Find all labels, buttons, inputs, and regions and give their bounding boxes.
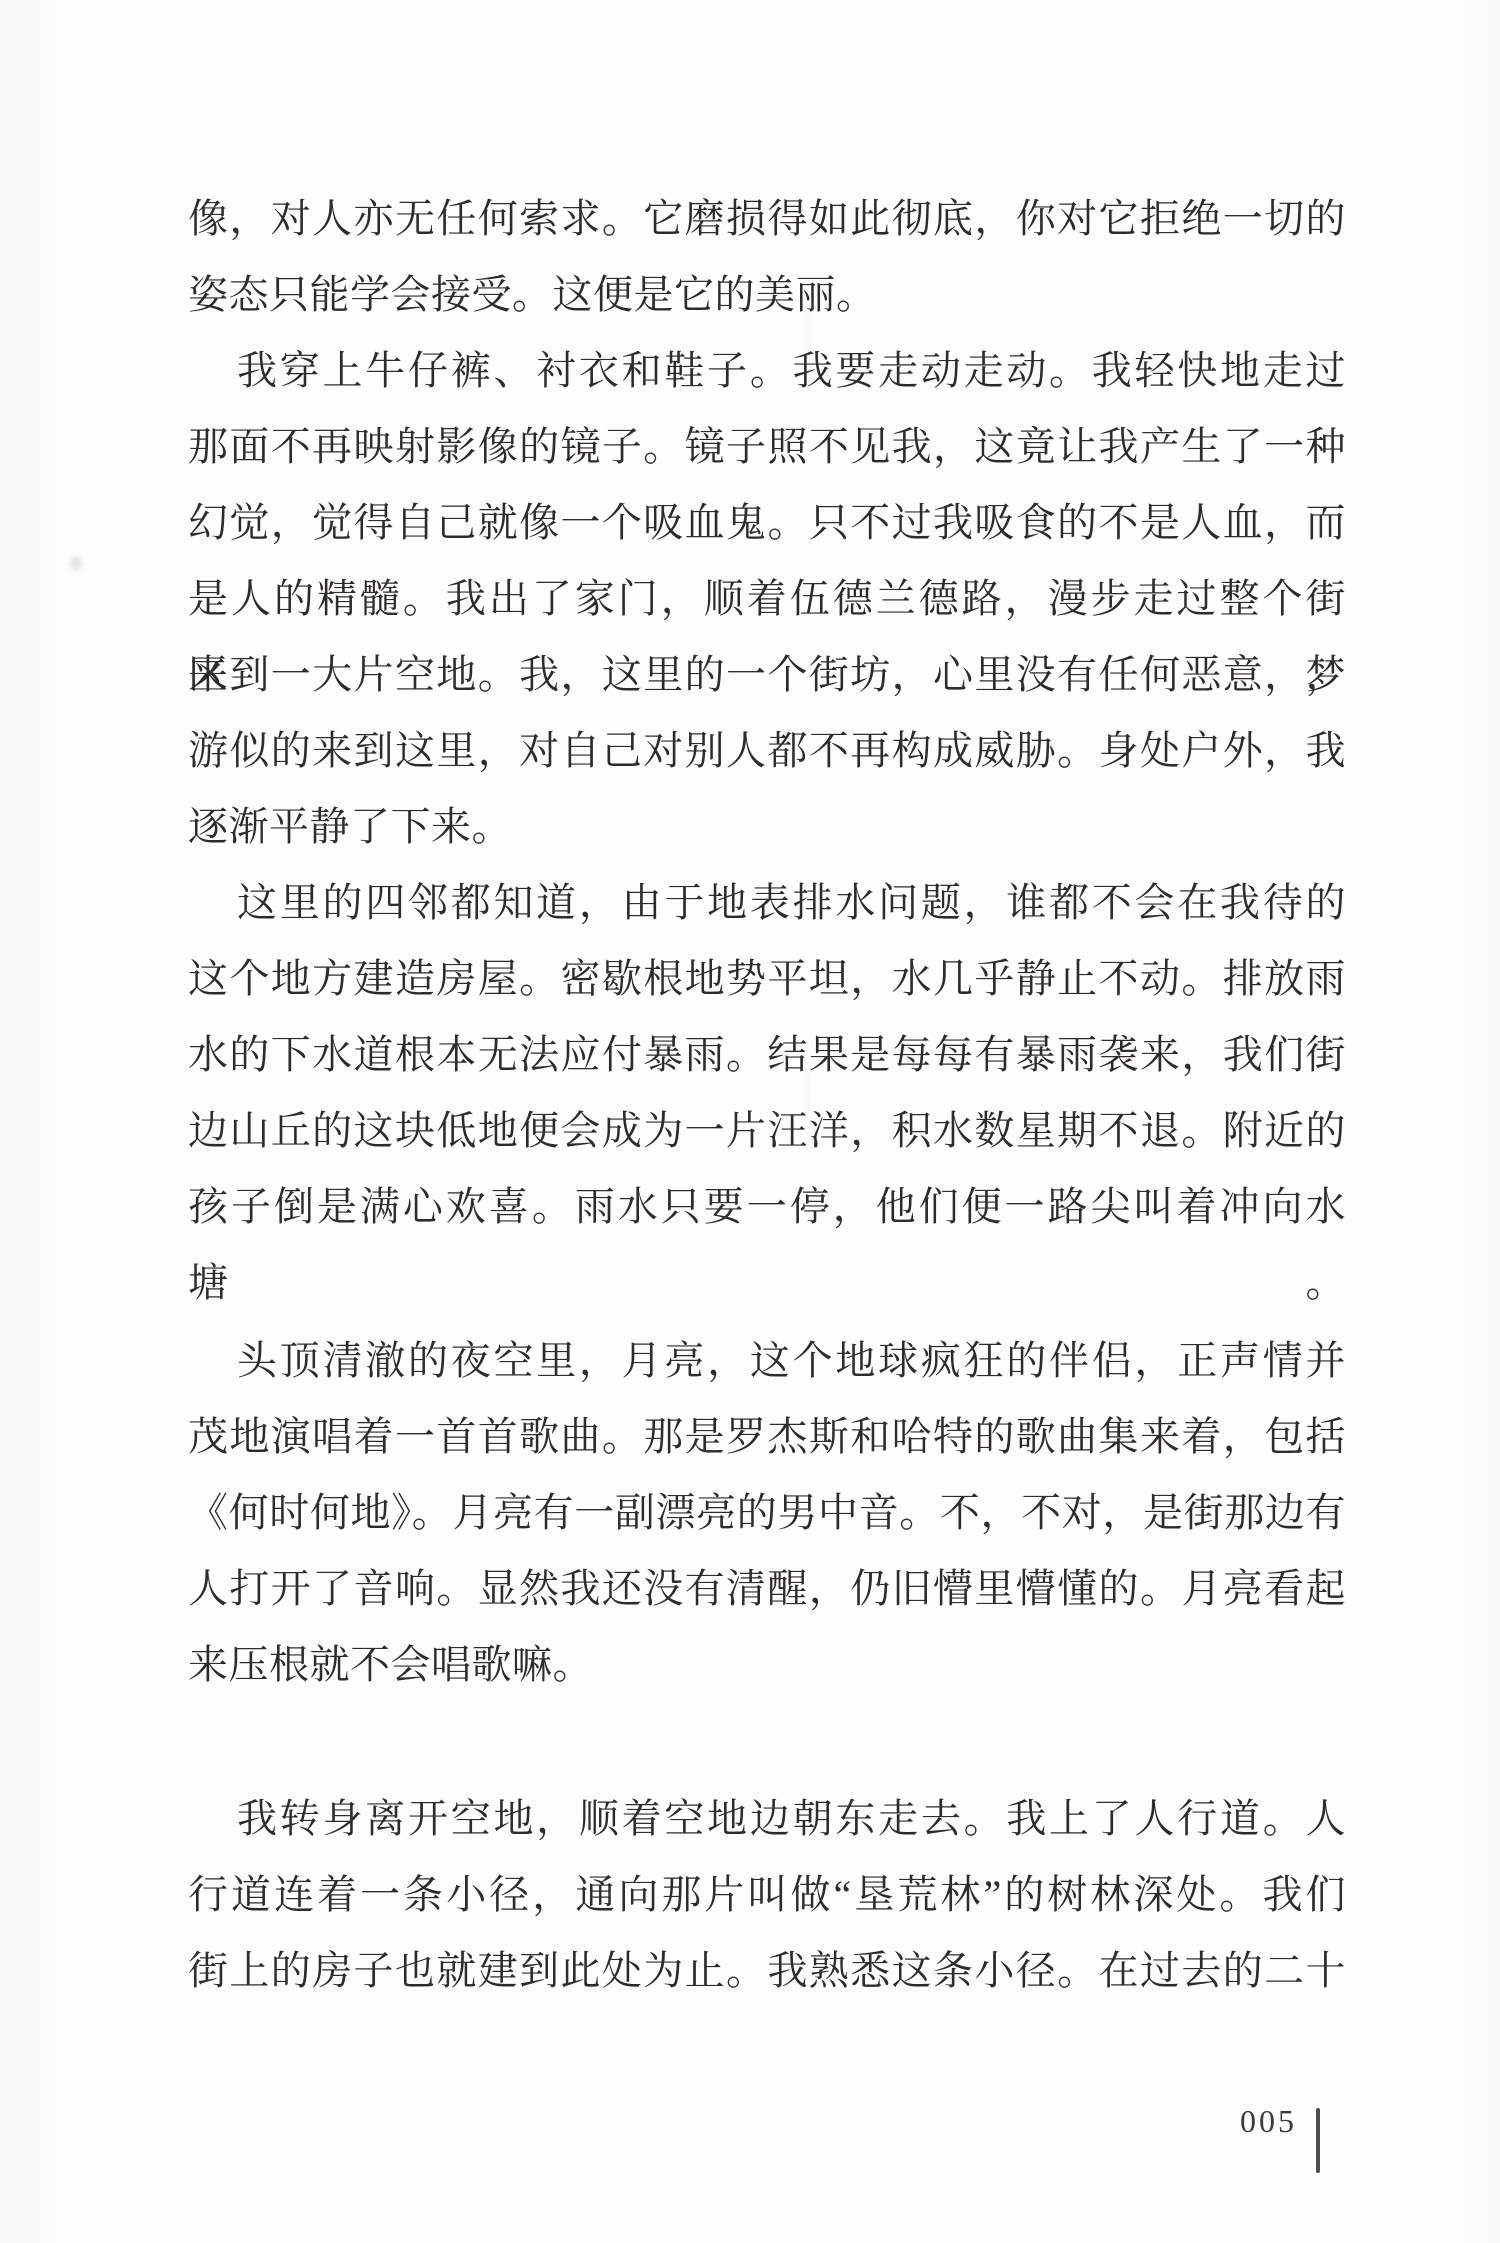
text-line: 像，对人亦无任何索求。它磨损得如此彻底，你对它拒绝一切的 [188,181,1346,257]
page-number: 005 [1240,2103,1297,2140]
text-line: 我转身离开空地，顺着空地边朝东走去。我上了人行道。人 [188,1781,1346,1857]
scan-artifact [806,1060,809,1130]
text-line: 茂地演唱着一首首歌曲。那是罗杰斯和哈特的歌曲集来着，包括 [188,1399,1346,1475]
paragraph: 这里的四邻都知道，由于地表排水问题，谁都不会在我待的这个地方建造房屋。密歇根地势… [188,865,1346,1245]
paragraph: 头顶清澈的夜空里，月亮，这个地球疯狂的伴侣，正声情并茂地演唱着一首首歌曲。那是罗… [188,1323,1346,1703]
text-line: 游似的来到这里，对自己对别人都不再构成威胁。身处户外，我 [188,713,1346,789]
text-line: 姿态只能学会接受。这便是它的美丽。 [188,257,1346,333]
text-line: 这里的四邻都知道，由于地表排水问题，谁都不会在我待的 [188,865,1346,941]
text-line: 街上的房子也就建到此处为止。我熟悉这条小径。在过去的二十 [188,1933,1346,2009]
text-line: 来压根就不会唱歌嘛。 [188,1627,1346,1703]
text-line: 人打开了音响。显然我还没有清醒，仍旧懵里懵懂的。月亮看起 [188,1551,1346,1627]
paragraph: 我转身离开空地，顺着空地边朝东走去。我上了人行道。人行道连着一条小径，通向那片叫… [188,1781,1346,2009]
text-line: 《何时何地》。月亮有一副漂亮的男中音。不，不对，是街那边有 [188,1475,1346,1551]
text-block: 像，对人亦无任何索求。它磨损得如此彻底，你对它拒绝一切的姿态只能学会接受。这便是… [188,181,1346,2009]
text-line: 逐渐平静了下来。 [188,789,1346,865]
paragraph: 像，对人亦无任何索求。它磨损得如此彻底，你对它拒绝一切的姿态只能学会接受。这便是… [188,181,1346,333]
text-line: 幻觉，觉得自己就像一个吸血鬼。只不过我吸食的不是人血，而 [188,485,1346,561]
text-line: 这个地方建造房屋。密歇根地势平坦，水几乎静止不动。排放雨 [188,941,1346,1017]
text-line: 孩子倒是满心欢喜。雨水只要一停，他们便一路尖叫着冲向水塘。 [188,1169,1346,1245]
scan-artifact [808,300,811,390]
text-line: 我穿上牛仔裤、衬衣和鞋子。我要走动走动。我轻快地走过 [188,333,1346,409]
text-line: 那面不再映射影像的镜子。镜子照不见我，这竟让我产生了一种 [188,409,1346,485]
text-line: 行道连着一条小径，通向那片叫做“垦荒林”的树林深处。我们 [188,1857,1346,1933]
text-line: 边山丘的这块低地便会成为一片汪洋，积水数星期不退。附近的 [188,1093,1346,1169]
text-line: 来到一大片空地。我，这里的一个街坊，心里没有任何恶意，梦 [188,637,1346,713]
text-line: 水的下水道根本无法应付暴雨。结果是每每有暴雨袭来，我们街 [188,1017,1346,1093]
paragraph: 我穿上牛仔裤、衬衣和鞋子。我要走动走动。我轻快地走过那面不再映射影像的镜子。镜子… [188,333,1346,865]
scan-artifact [70,556,82,570]
text-line: 是人的精髓。我出了家门，顺着伍德兰德路，漫步走过整个街区， [188,561,1346,637]
text-line: 头顶清澈的夜空里，月亮，这个地球疯狂的伴侣，正声情并 [188,1323,1346,1399]
book-page: 像，对人亦无任何索求。它磨损得如此彻底，你对它拒绝一切的姿态只能学会接受。这便是… [0,0,1500,2243]
page-number-rule [1316,2108,1320,2173]
